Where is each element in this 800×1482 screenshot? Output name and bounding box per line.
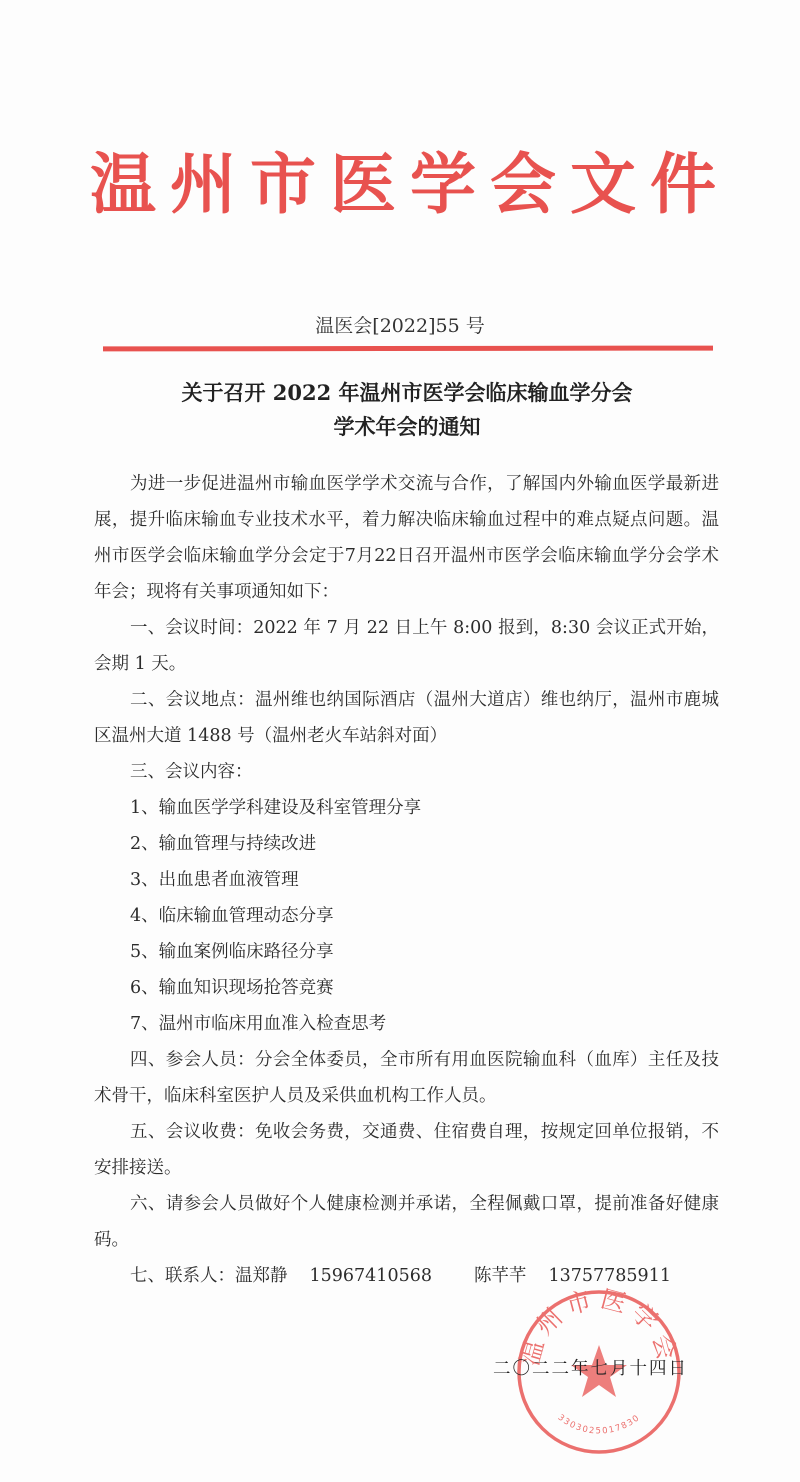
- section-fees: 五、会议收费：免收会务费，交通费、住宿费自理，按规定回单位报销，不安排接送。: [94, 1114, 719, 1186]
- content-item-5: 5、输血案例临床路径分享: [94, 934, 719, 970]
- document-header-title: 温州市医学会文件: [0, 140, 800, 230]
- content-item-3: 3、出血患者血液管理: [94, 862, 719, 898]
- section-location: 二、会议地点：温州维也纳国际酒店（温州大道店）维也纳厅，温州市鹿城区温州大道 1…: [94, 682, 719, 754]
- content-item-7: 7、温州市临床用血准入检查思考: [94, 1006, 719, 1042]
- svg-text:3303025017830: 3303025017830: [556, 1413, 643, 1437]
- document-number: 温医会[2022]55 号: [0, 311, 800, 338]
- section-time: 一、会议时间：2022 年 7 月 22 日上午 8:00 报到，8:30 会议…: [94, 610, 719, 682]
- content-item-6: 6、输血知识现场抢答竞赛: [94, 970, 719, 1006]
- stamp-code: 3303025017830: [556, 1413, 643, 1437]
- notice-title-line2: 学术年会的通知: [14, 410, 800, 444]
- section-content-heading: 三、会议内容：: [94, 754, 719, 790]
- section-health: 六、请参会人员做好个人健康检测并承诺，全程佩戴口罩，提前准备好健康码。: [94, 1186, 719, 1258]
- intro-paragraph: 为进一步促进温州市输血医学学术交流与合作，了解国内外输血医学最新进展，提升临床输…: [94, 466, 719, 610]
- content-item-4: 4、临床输血管理动态分享: [94, 898, 719, 934]
- notice-title: 关于召开 2022 年温州市医学会临床输血学分会 学术年会的通知: [0, 376, 800, 444]
- section-attendees: 四、参会人员：分会全体委员，全市所有用血医院输血科（血库）主任及技术骨干，临床科…: [94, 1042, 719, 1114]
- red-divider-line: [103, 346, 713, 352]
- content-item-1: 1、输血医学学科建设及科室管理分享: [94, 790, 719, 826]
- contact-label: 七、联系人：: [130, 1266, 235, 1286]
- notice-body: 为进一步促进温州市输血医学学术交流与合作，了解国内外输血医学最新进展，提升临床输…: [94, 466, 719, 1294]
- notice-title-line1: 关于召开 2022 年温州市医学会临床输血学分会: [14, 376, 800, 410]
- document-page: 温州市医学会文件 温医会[2022]55 号 关于召开 2022 年温州市医学会…: [0, 0, 800, 1482]
- contact-person1-name: 温郑静: [235, 1266, 288, 1286]
- contact-person2-phone: 13757785911: [548, 1266, 670, 1286]
- contact-person1-phone: 15967410568: [310, 1266, 432, 1286]
- document-date: 二〇二二年七月十四日: [493, 1355, 688, 1380]
- contact-person2-name: 陈芊芊: [474, 1266, 527, 1286]
- content-item-2: 2、输血管理与持续改进: [94, 826, 719, 862]
